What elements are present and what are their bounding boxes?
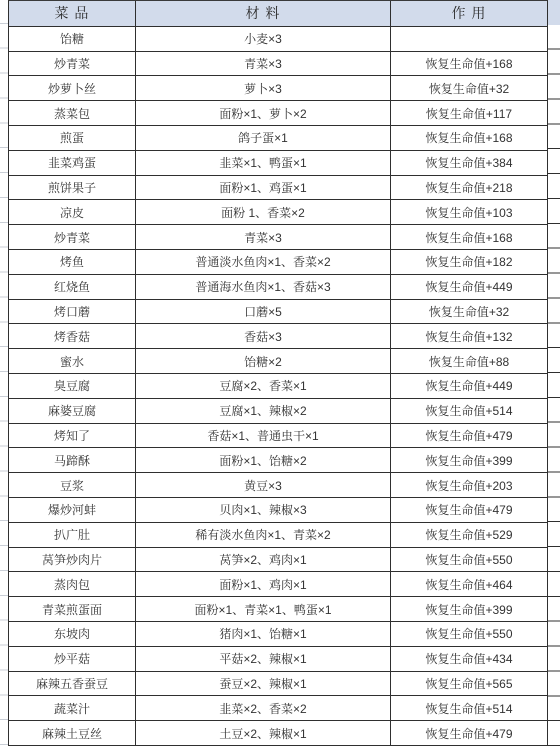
effect-cell: 恢复生命值+203	[391, 473, 547, 497]
dish-cell: 蔬菜汁	[9, 696, 136, 720]
table-row: 麻辣五香蚕豆 蚕豆×2、辣椒×1 恢复生命值+565	[9, 672, 547, 697]
table-row: 蒸菜包 面粉×1、萝卜×2 恢复生命值+117	[9, 101, 547, 126]
dish-cell: 麻辣五香蚕豆	[9, 672, 136, 696]
table-row: 煎饼果子 面粉×1、鸡蛋×1 恢复生命值+218	[9, 176, 547, 201]
effect-cell: 恢复生命值+529	[391, 523, 547, 547]
recipe-table-screenshot: 菜 品 材 料 作 用 饴糖 小麦×3 炒青菜 青菜×3 恢复生命值+168 炒…	[0, 0, 560, 746]
effect-cell: 恢复生命值+434	[391, 647, 547, 671]
table-row: 凉皮 面粉 1、香菜×2 恢复生命值+103	[9, 200, 547, 225]
dish-cell: 烤口蘑	[9, 300, 136, 324]
materials-cell: 蚕豆×2、辣椒×1	[136, 672, 391, 696]
table-row: 红烧鱼 普通海水鱼肉×1、香菇×3 恢复生命值+449	[9, 275, 547, 300]
dish-cell: 扒广肚	[9, 523, 136, 547]
table-row: 东坡肉 猪肉×1、饴糖×1 恢复生命值+550	[9, 622, 547, 647]
table-row: 炒青菜 青菜×3 恢复生命值+168	[9, 52, 547, 77]
materials-cell: 面粉×1、饴糖×2	[136, 448, 391, 472]
table-row: 炒平菇 平菇×2、辣椒×1 恢复生命值+434	[9, 647, 547, 672]
table-row: 扒广肚 稀有淡水鱼肉×1、青菜×2 恢复生命值+529	[9, 523, 547, 548]
table-header-row: 菜 品 材 料 作 用	[9, 1, 547, 27]
effect-cell: 恢复生命值+117	[391, 101, 547, 125]
dish-cell: 炒萝卜丝	[9, 76, 136, 100]
effect-cell: 恢复生命值+399	[391, 448, 547, 472]
table-row: 爆炒河蚌 贝肉×1、辣椒×3 恢复生命值+479	[9, 498, 547, 523]
effect-cell: 恢复生命值+168	[391, 52, 547, 76]
effect-cell: 恢复生命值+550	[391, 622, 547, 646]
materials-cell: 面粉×1、鸡蛋×1	[136, 176, 391, 200]
dish-cell: 炒平菇	[9, 647, 136, 671]
materials-cell: 面粉 1、香菜×2	[136, 200, 391, 224]
materials-cell: 猪肉×1、饴糖×1	[136, 622, 391, 646]
materials-cell: 平菇×2、辣椒×1	[136, 647, 391, 671]
table-row: 蔬菜汁 韭菜×2、香菜×2 恢复生命值+514	[9, 696, 547, 721]
effect-cell: 恢复生命值+399	[391, 597, 547, 621]
materials-cell: 萝卜×3	[136, 76, 391, 100]
materials-cell: 韭菜×1、鸭蛋×1	[136, 151, 391, 175]
table-row: 马蹄酥 面粉×1、饴糖×2 恢复生命值+399	[9, 448, 547, 473]
table-row: 烤香菇 香菇×3 恢复生命值+132	[9, 324, 547, 349]
dish-cell: 烤香菇	[9, 324, 136, 348]
effect-cell: 恢复生命值+479	[391, 721, 547, 745]
dish-cell: 红烧鱼	[9, 275, 136, 299]
materials-cell: 鸽子蛋×1	[136, 126, 391, 150]
effect-cell: 恢复生命值+132	[391, 324, 547, 348]
materials-cell: 莴笋×2、鸡肉×1	[136, 548, 391, 572]
effect-cell: 恢复生命值+514	[391, 399, 547, 423]
dish-cell: 麻辣土豆丝	[9, 721, 136, 745]
materials-cell: 青菜×3	[136, 225, 391, 249]
materials-cell: 普通淡水鱼肉×1、香菜×2	[136, 250, 391, 274]
dish-cell: 臭豆腐	[9, 374, 136, 398]
materials-cell: 小麦×3	[136, 27, 391, 51]
table-row: 韭菜鸡蛋 韭菜×1、鸭蛋×1 恢复生命值+384	[9, 151, 547, 176]
dish-cell: 炒青菜	[9, 52, 136, 76]
dish-cell: 麻婆豆腐	[9, 399, 136, 423]
dish-cell: 煎蛋	[9, 126, 136, 150]
cropped-right-column	[548, 0, 560, 746]
table-row: 青菜煎蛋面 面粉×1、青菜×1、鸭蛋×1 恢复生命值+399	[9, 597, 547, 622]
column-header-effect: 作 用	[391, 1, 547, 26]
effect-cell: 恢复生命值+32	[391, 76, 547, 100]
materials-cell: 面粉×1、萝卜×2	[136, 101, 391, 125]
dish-cell: 蜜水	[9, 349, 136, 373]
materials-cell: 韭菜×2、香菜×2	[136, 696, 391, 720]
effect-cell: 恢复生命值+565	[391, 672, 547, 696]
table-row: 炒萝卜丝 萝卜×3 恢复生命值+32	[9, 76, 547, 101]
dish-cell: 韭菜鸡蛋	[9, 151, 136, 175]
effect-cell: 恢复生命值+479	[391, 498, 547, 522]
dish-cell: 饴糖	[9, 27, 136, 51]
materials-cell: 青菜×3	[136, 52, 391, 76]
dish-cell: 煎饼果子	[9, 176, 136, 200]
materials-cell: 黄豆×3	[136, 473, 391, 497]
dish-cell: 豆浆	[9, 473, 136, 497]
effect-cell: 恢复生命值+514	[391, 696, 547, 720]
effect-cell: 恢复生命值+32	[391, 300, 547, 324]
effect-cell: 恢复生命值+182	[391, 250, 547, 274]
table-row: 莴笋炒肉片 莴笋×2、鸡肉×1 恢复生命值+550	[9, 548, 547, 573]
effect-cell: 恢复生命值+479	[391, 424, 547, 448]
dish-cell: 莴笋炒肉片	[9, 548, 136, 572]
effect-cell: 恢复生命值+464	[391, 572, 547, 596]
dish-cell: 蒸菜包	[9, 101, 136, 125]
effect-cell: 恢复生命值+168	[391, 225, 547, 249]
table-row: 烤知了 香菇×1、普通虫干×1 恢复生命值+479	[9, 424, 547, 449]
table-row: 蜜水 饴糖×2 恢复生命值+88	[9, 349, 547, 374]
materials-cell: 土豆×2、辣椒×1	[136, 721, 391, 745]
effect-cell	[391, 27, 547, 51]
table-row: 豆浆 黄豆×3 恢复生命值+203	[9, 473, 547, 498]
effect-cell: 恢复生命值+384	[391, 151, 547, 175]
table-body: 饴糖 小麦×3 炒青菜 青菜×3 恢复生命值+168 炒萝卜丝 萝卜×3 恢复生…	[9, 27, 547, 746]
dish-cell: 蒸肉包	[9, 572, 136, 596]
materials-cell: 豆腐×2、香菜×1	[136, 374, 391, 398]
column-header-materials: 材 料	[136, 1, 391, 26]
table-row: 麻辣土豆丝 土豆×2、辣椒×1 恢复生命值+479	[9, 721, 547, 746]
cropped-header-stub	[548, 0, 560, 25]
materials-cell: 饴糖×2	[136, 349, 391, 373]
effect-cell: 恢复生命值+218	[391, 176, 547, 200]
materials-cell: 普通海水鱼肉×1、香菇×3	[136, 275, 391, 299]
materials-cell: 面粉×1、青菜×1、鸭蛋×1	[136, 597, 391, 621]
dish-cell: 烤知了	[9, 424, 136, 448]
effect-cell: 恢复生命值+449	[391, 275, 547, 299]
effect-cell: 恢复生命值+88	[391, 349, 547, 373]
materials-cell: 香菇×3	[136, 324, 391, 348]
table-row: 烤口蘑 口蘑×5 恢复生命值+32	[9, 300, 547, 325]
materials-cell: 口蘑×5	[136, 300, 391, 324]
recipe-table: 菜 品 材 料 作 用 饴糖 小麦×3 炒青菜 青菜×3 恢复生命值+168 炒…	[8, 0, 548, 746]
table-row: 饴糖 小麦×3	[9, 27, 547, 52]
dish-cell: 青菜煎蛋面	[9, 597, 136, 621]
effect-cell: 恢复生命值+168	[391, 126, 547, 150]
materials-cell: 稀有淡水鱼肉×1、青菜×2	[136, 523, 391, 547]
dish-cell: 马蹄酥	[9, 448, 136, 472]
effect-cell: 恢复生命值+550	[391, 548, 547, 572]
materials-cell: 面粉×1、鸡肉×1	[136, 572, 391, 596]
dish-cell: 烤鱼	[9, 250, 136, 274]
column-header-dish: 菜 品	[9, 1, 136, 26]
dish-cell: 东坡肉	[9, 622, 136, 646]
dish-cell: 凉皮	[9, 200, 136, 224]
materials-cell: 豆腐×1、辣椒×2	[136, 399, 391, 423]
effect-cell: 恢复生命值+103	[391, 200, 547, 224]
materials-cell: 香菇×1、普通虫干×1	[136, 424, 391, 448]
table-row: 麻婆豆腐 豆腐×1、辣椒×2 恢复生命值+514	[9, 399, 547, 424]
table-row: 蒸肉包 面粉×1、鸡肉×1 恢复生命值+464	[9, 572, 547, 597]
table-row: 臭豆腐 豆腐×2、香菜×1 恢复生命值+449	[9, 374, 547, 399]
materials-cell: 贝肉×1、辣椒×3	[136, 498, 391, 522]
table-row: 煎蛋 鸽子蛋×1 恢复生命值+168	[9, 126, 547, 151]
table-row: 炒青菜 青菜×3 恢复生命值+168	[9, 225, 547, 250]
cropped-left-column	[0, 0, 8, 746]
dish-cell: 炒青菜	[9, 225, 136, 249]
table-row: 烤鱼 普通淡水鱼肉×1、香菜×2 恢复生命值+182	[9, 250, 547, 275]
dish-cell: 爆炒河蚌	[9, 498, 136, 522]
effect-cell: 恢复生命值+449	[391, 374, 547, 398]
